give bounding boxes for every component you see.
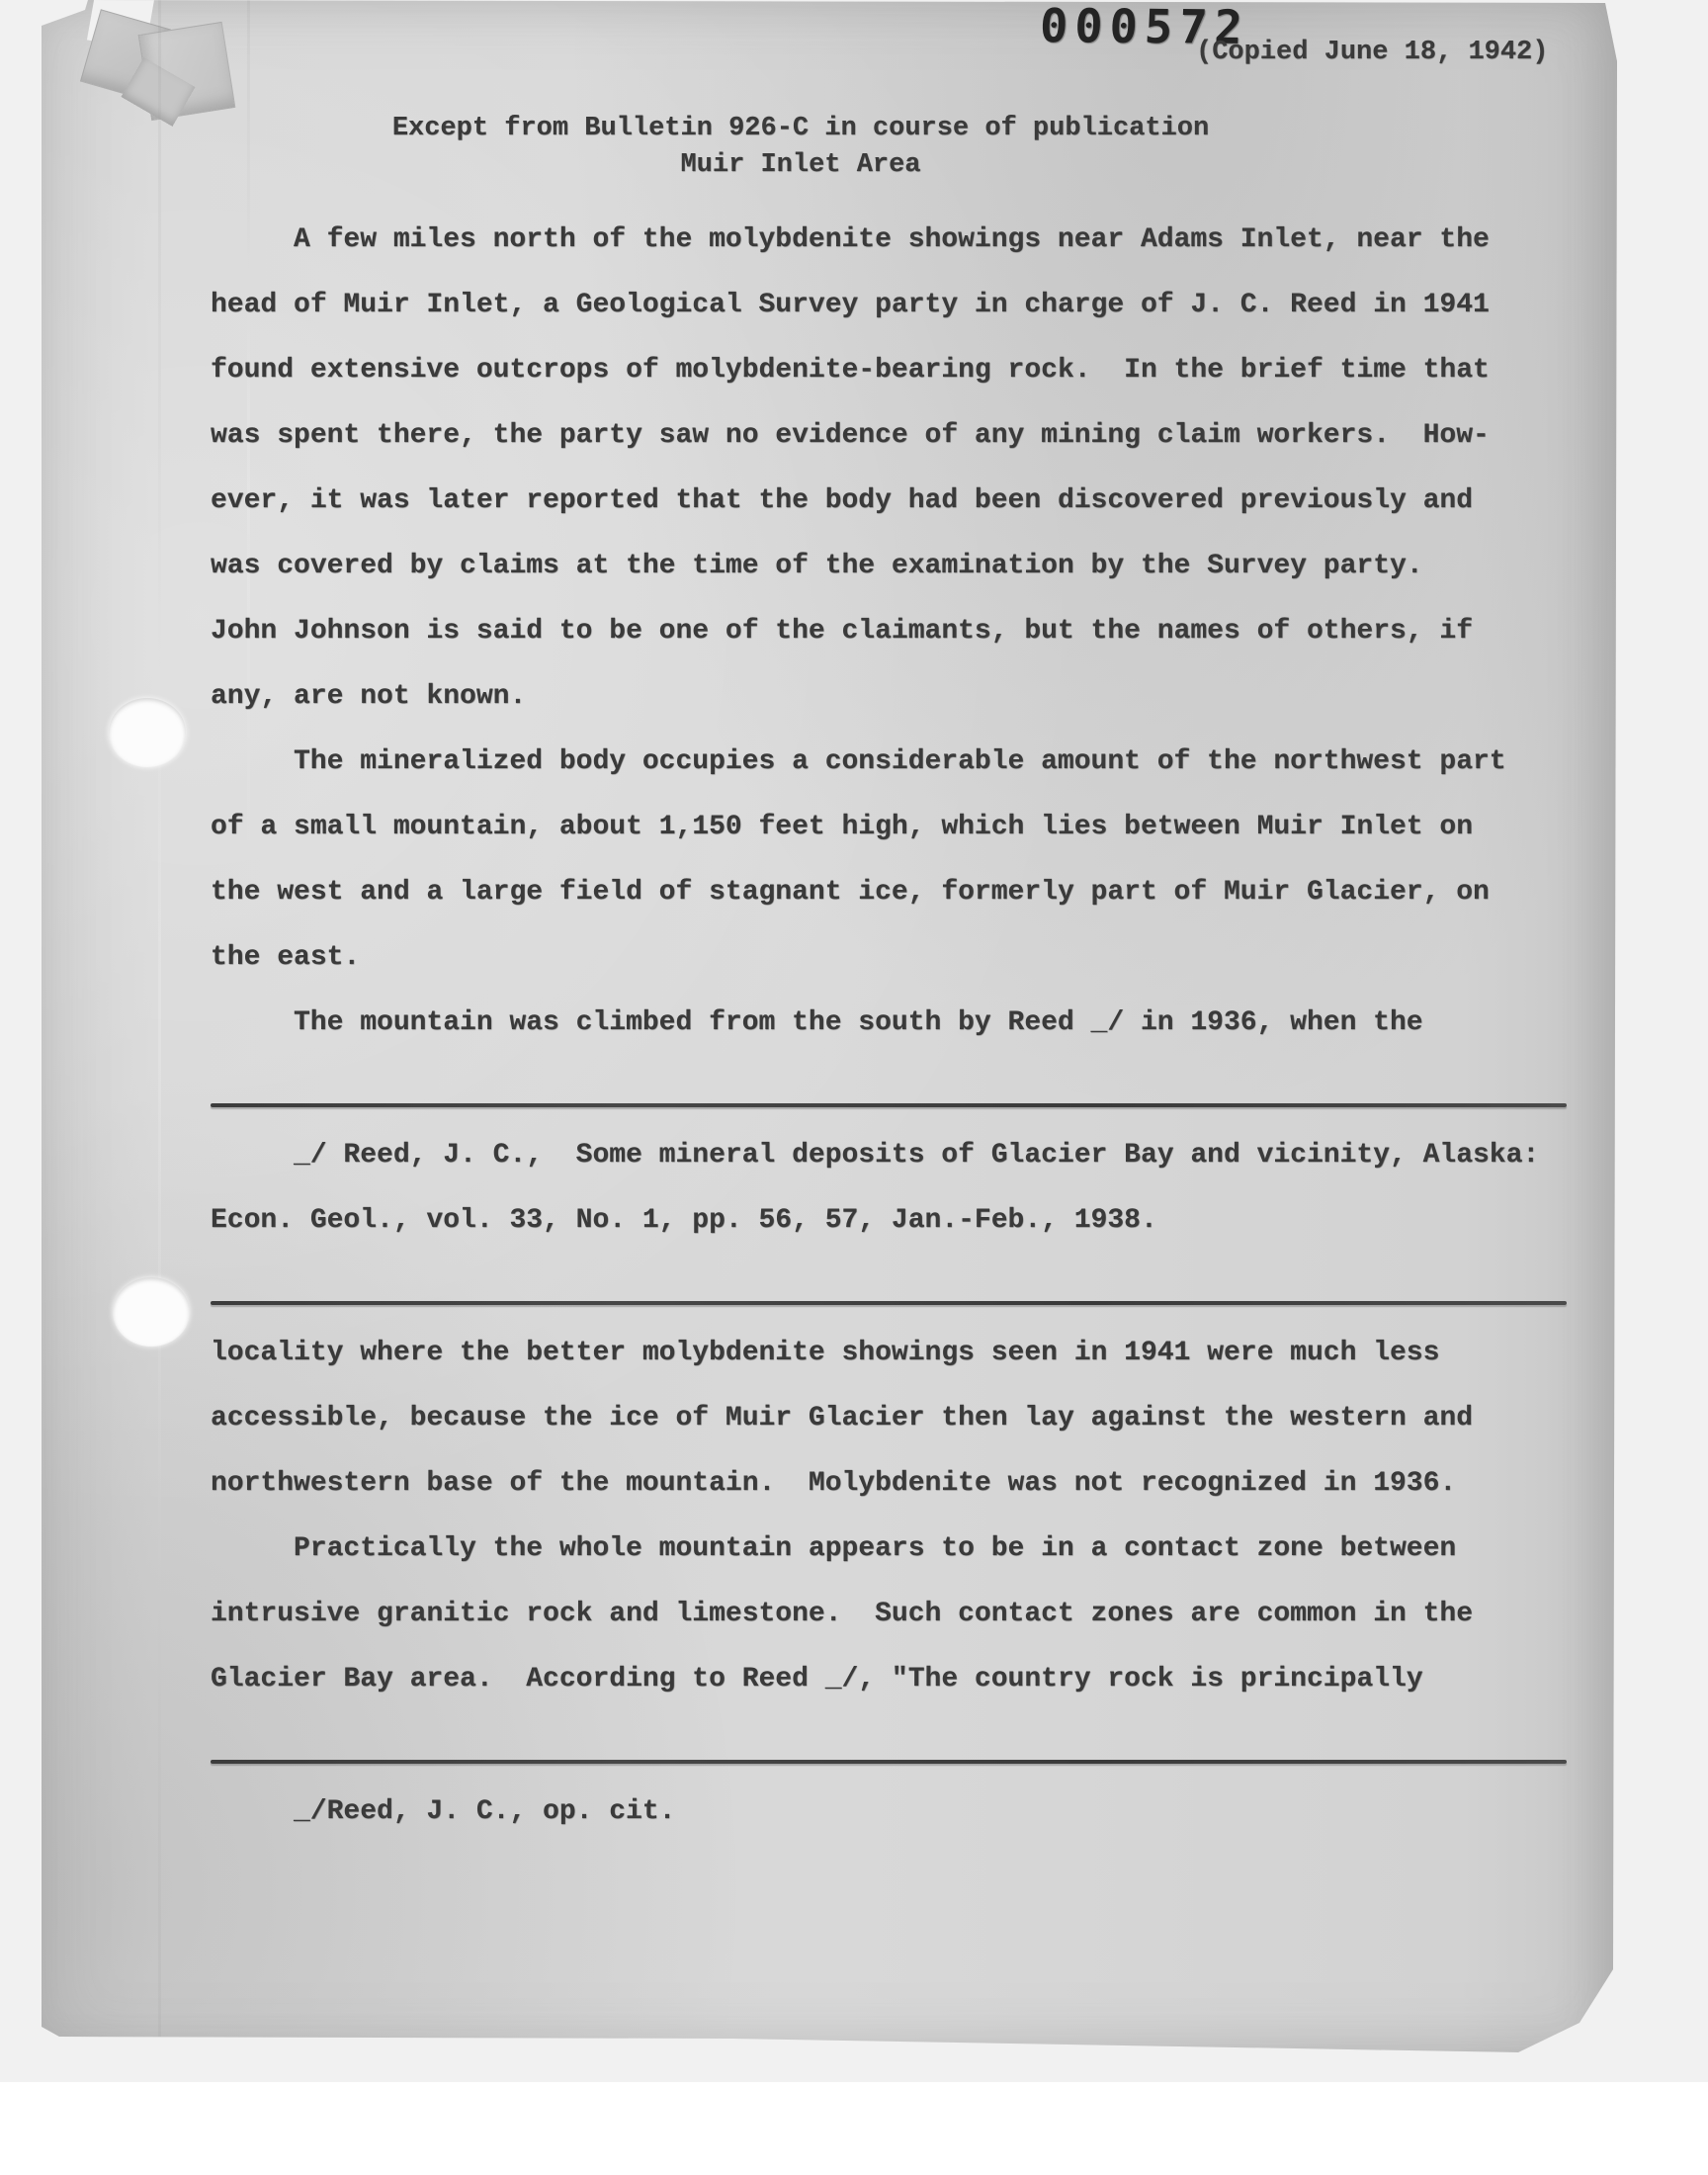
punch-hole [113, 1277, 190, 1347]
copied-date-note: (Copied June 18, 1942) [1196, 38, 1548, 67]
body-text-line: A few miles north of the molybdenite sho… [211, 208, 1575, 273]
footnote-line: _/Reed, J. C., op. cit. [211, 1780, 1575, 1845]
document-title: Except from Bulletin 926-C in course of … [208, 111, 1394, 147]
body-text-line: ever, it was later reported that the bod… [211, 469, 1575, 534]
footnote-line: _/ Reed, J. C., Some mineral deposits of… [211, 1123, 1575, 1188]
body-text-line: John Johnson is said to be one of the cl… [211, 599, 1575, 664]
body-text-line: found extensive outcrops of molybdenite-… [211, 338, 1575, 403]
body-text-line: of a small mountain, about 1,150 feet hi… [211, 795, 1575, 860]
text-column: A few miles north of the molybdenite sho… [211, 208, 1575, 1845]
body-text-line: Glacier Bay area. According to Reed _/, … [211, 1647, 1575, 1712]
body-text-line: The mountain was climbed from the south … [211, 991, 1575, 1056]
body-text-line: any, are not known. [211, 664, 1575, 730]
body-text-line: was spent there, the party saw no eviden… [211, 403, 1575, 469]
scanner-background: 000572 (Copied June 18, 1942) Except fro… [0, 0, 1708, 2175]
footnote-separator-rule [211, 1103, 1567, 1107]
body-text-line: was covered by claims at the time of the… [211, 534, 1575, 599]
body-text-line: the west and a large field of stagnant i… [211, 860, 1575, 925]
footnote-separator-rule [211, 1301, 1567, 1305]
document-subtitle: Muir Inlet Area [208, 147, 1394, 184]
footnote-separator-rule [211, 1760, 1567, 1764]
footnote-line: Econ. Geol., vol. 33, No. 1, pp. 56, 57,… [211, 1188, 1575, 1254]
body-text-line: head of Muir Inlet, a Geological Survey … [211, 273, 1575, 338]
body-text-line: The mineralized body occupies a consider… [211, 730, 1575, 795]
body-text-line: locality where the better molybdenite sh… [211, 1321, 1575, 1386]
title-block: Except from Bulletin 926-C in course of … [208, 111, 1394, 184]
body-text-line: the east. [211, 925, 1575, 991]
body-text-line: accessible, because the ice of Muir Glac… [211, 1386, 1575, 1451]
paper-crease [158, 0, 161, 2037]
body-text-line: northwestern base of the mountain. Molyb… [211, 1451, 1575, 1517]
punch-hole [109, 698, 186, 767]
body-text-line: Practically the whole mountain appears t… [211, 1517, 1575, 1582]
scanner-bed-margin [0, 2082, 1708, 2175]
document-page: 000572 (Copied June 18, 1942) Except fro… [42, 0, 1617, 2052]
body-text-line: intrusive granitic rock and limestone. S… [211, 1582, 1575, 1647]
